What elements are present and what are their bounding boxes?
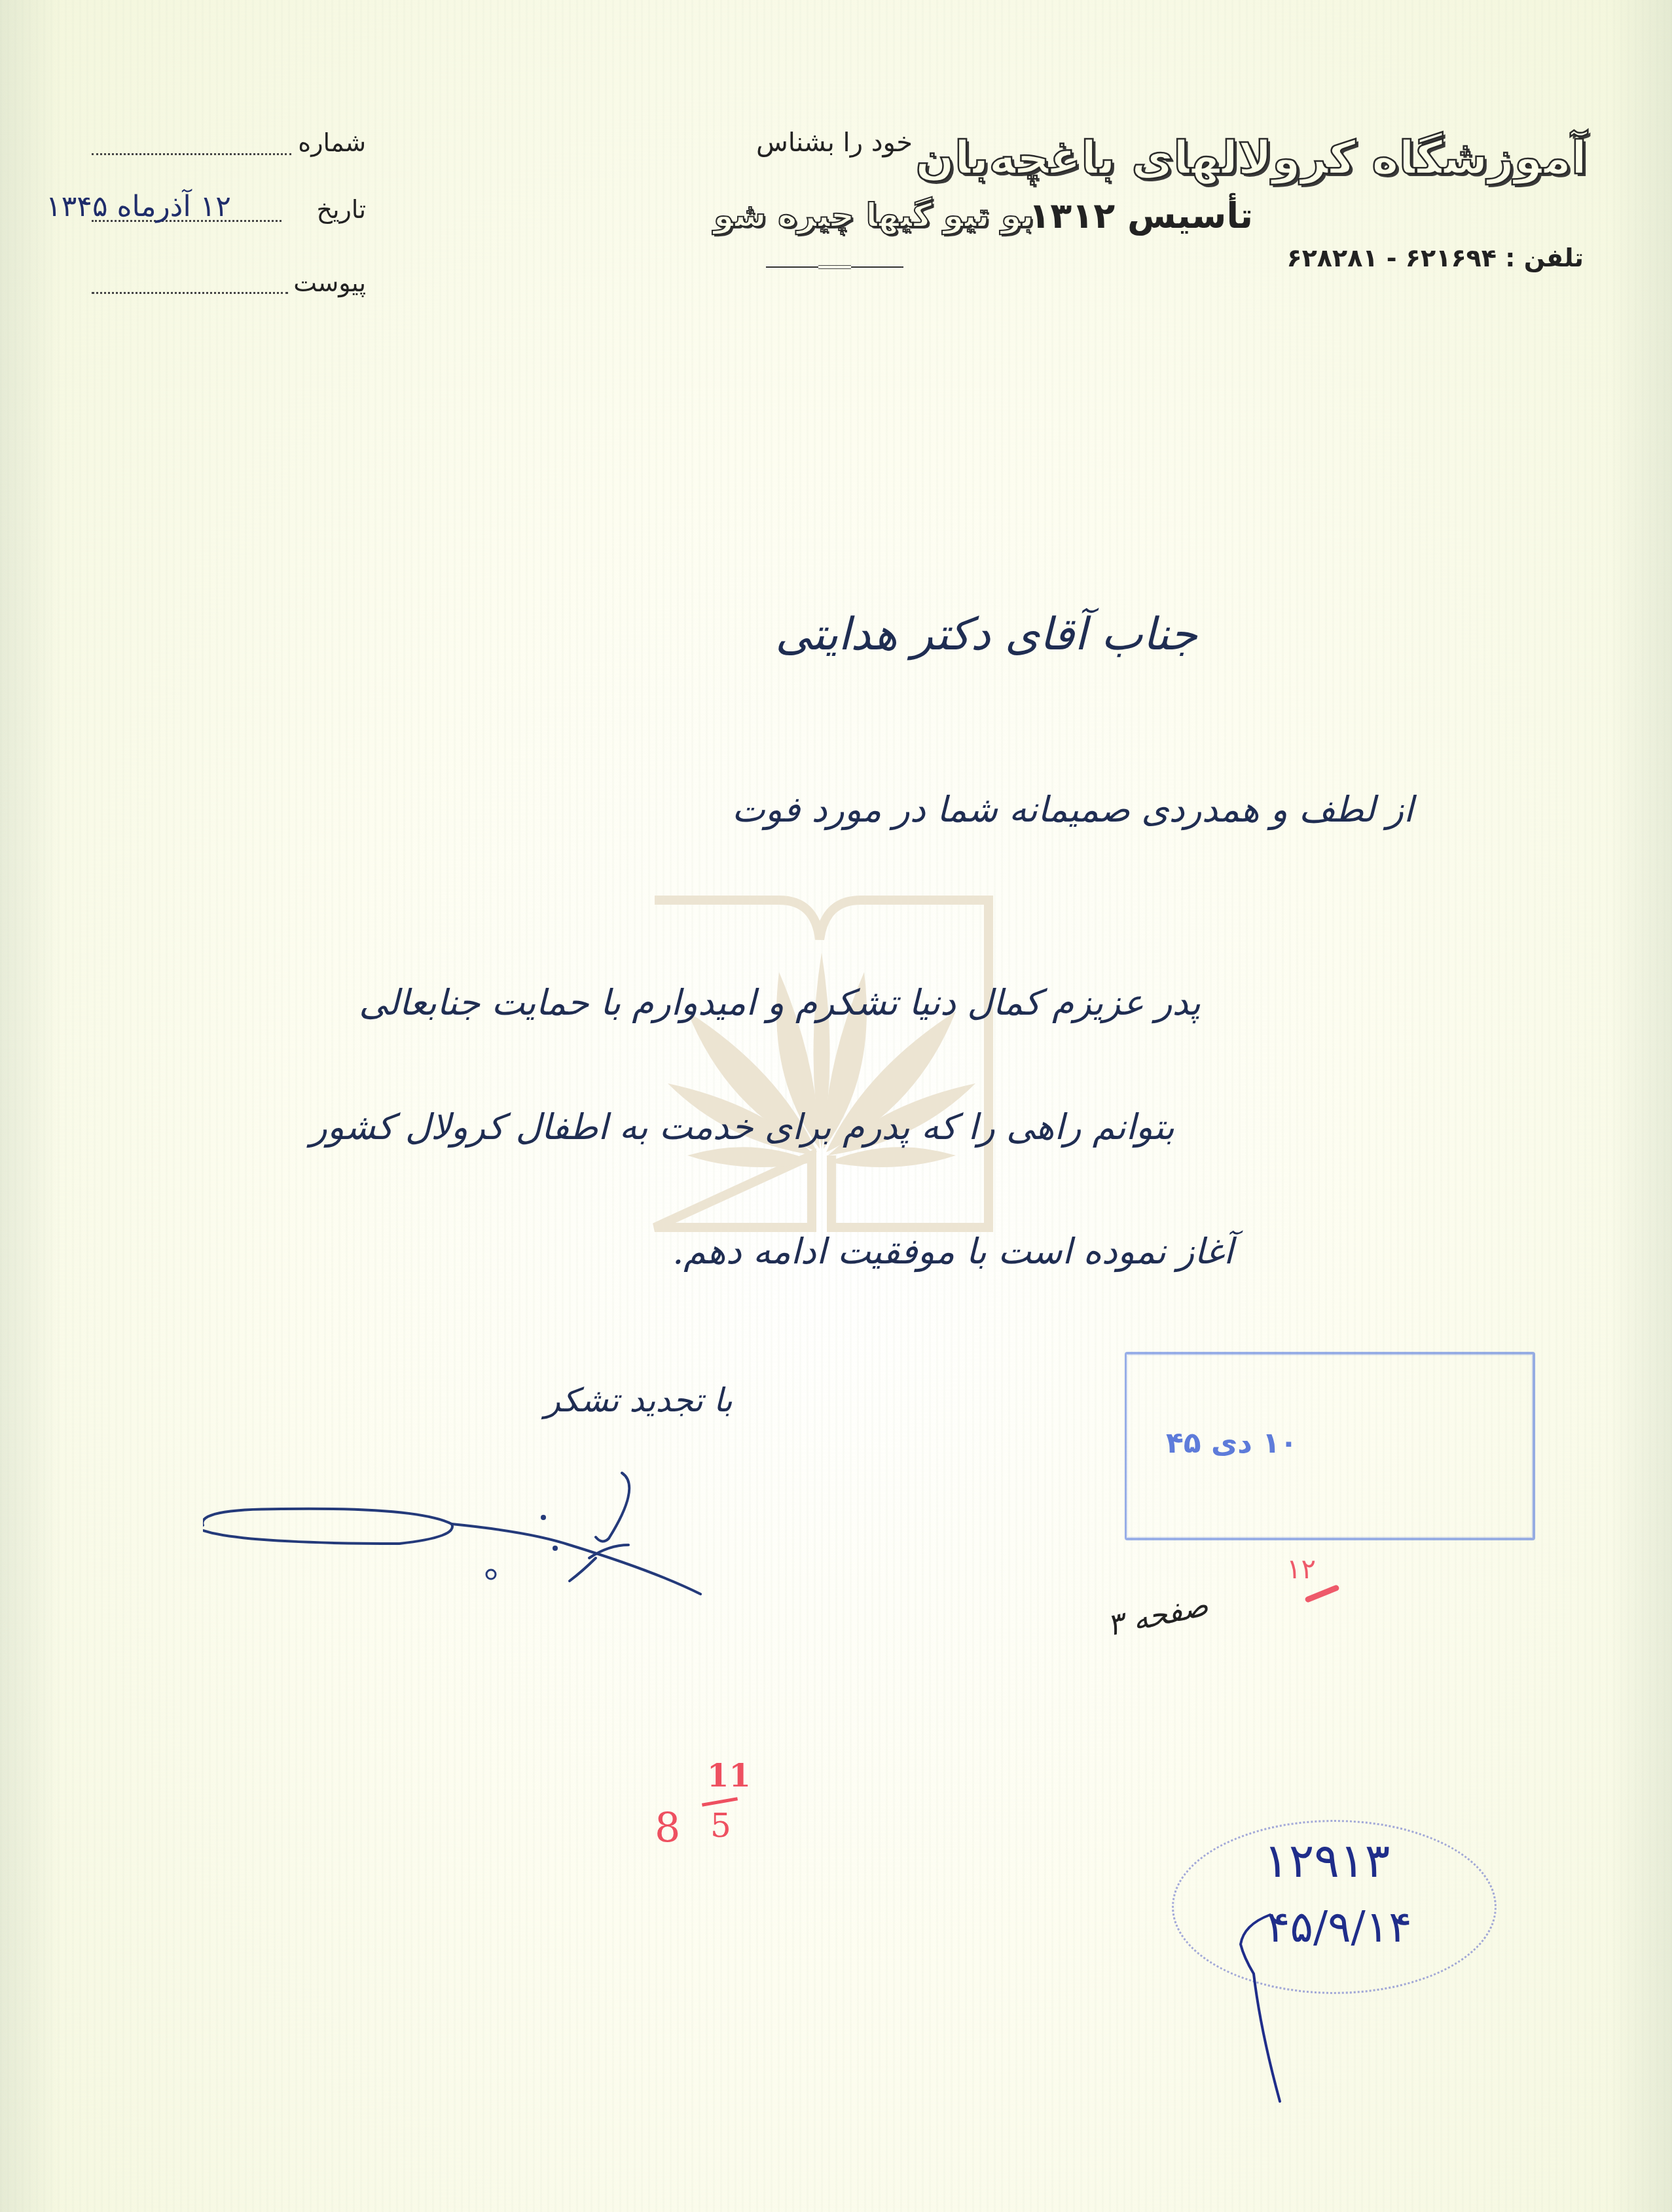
school-name: آموزشگاه کرولالهای باغچه‌بان — [915, 131, 1587, 185]
fraction-whole: 8 — [655, 1804, 680, 1851]
decorative-rule — [766, 265, 903, 269]
phone-numbers: تلفن : ۶۲۱۶۹۴ - ۶۲۸۲۸۱ — [1286, 244, 1584, 272]
body-line-3: بتوانم راهی را که پدرم برای خدمت به اطفا… — [310, 1106, 1174, 1148]
red-page-number: ۱۲ — [1286, 1553, 1316, 1585]
fraction-denominator: 5 — [710, 1807, 731, 1845]
registry-initial-stroke — [1231, 1912, 1290, 2108]
registry-number: ۱۲۹۱۳ — [1263, 1833, 1390, 1888]
date-field-value: ۱۲ آذرماه ۱۳۴۵ — [46, 190, 231, 223]
received-stamp-text: ۱۰ دی ۴۵ — [1166, 1426, 1298, 1460]
number-field-line — [92, 153, 291, 155]
salutation: جناب آقای دکتر هدایتی — [775, 609, 1197, 661]
attachment-field-line — [92, 292, 288, 294]
body-line-2: پدر عزیزم کمال دنیا تشکرم و امیدوارم با … — [359, 982, 1201, 1023]
body-line-1: از لطف و همدردی صمیمانه شما در مورد فوت — [732, 789, 1413, 830]
date-field-label: تاریخ — [316, 195, 366, 224]
number-field-label: شماره — [298, 128, 366, 157]
signature-scribble — [203, 1460, 720, 1604]
body-line-4: آغاز نموده است با موفقیت ادامه دهم. — [672, 1231, 1233, 1272]
library-watermark-icon — [648, 894, 995, 1234]
motto-line-1: خود را بشناس — [756, 128, 913, 158]
founded-year: تأسیس ۱۳۱۲ — [1028, 195, 1253, 236]
closing-line: با تجدید تشکر — [545, 1381, 733, 1419]
fraction-numerator: 11 — [707, 1758, 751, 1794]
received-stamp: ۱۰ دی ۴۵ — [1125, 1352, 1535, 1540]
motto-line-2: بو تیو گیها چیره شو — [714, 196, 1034, 234]
attachment-field-label: پیوست — [293, 268, 366, 297]
